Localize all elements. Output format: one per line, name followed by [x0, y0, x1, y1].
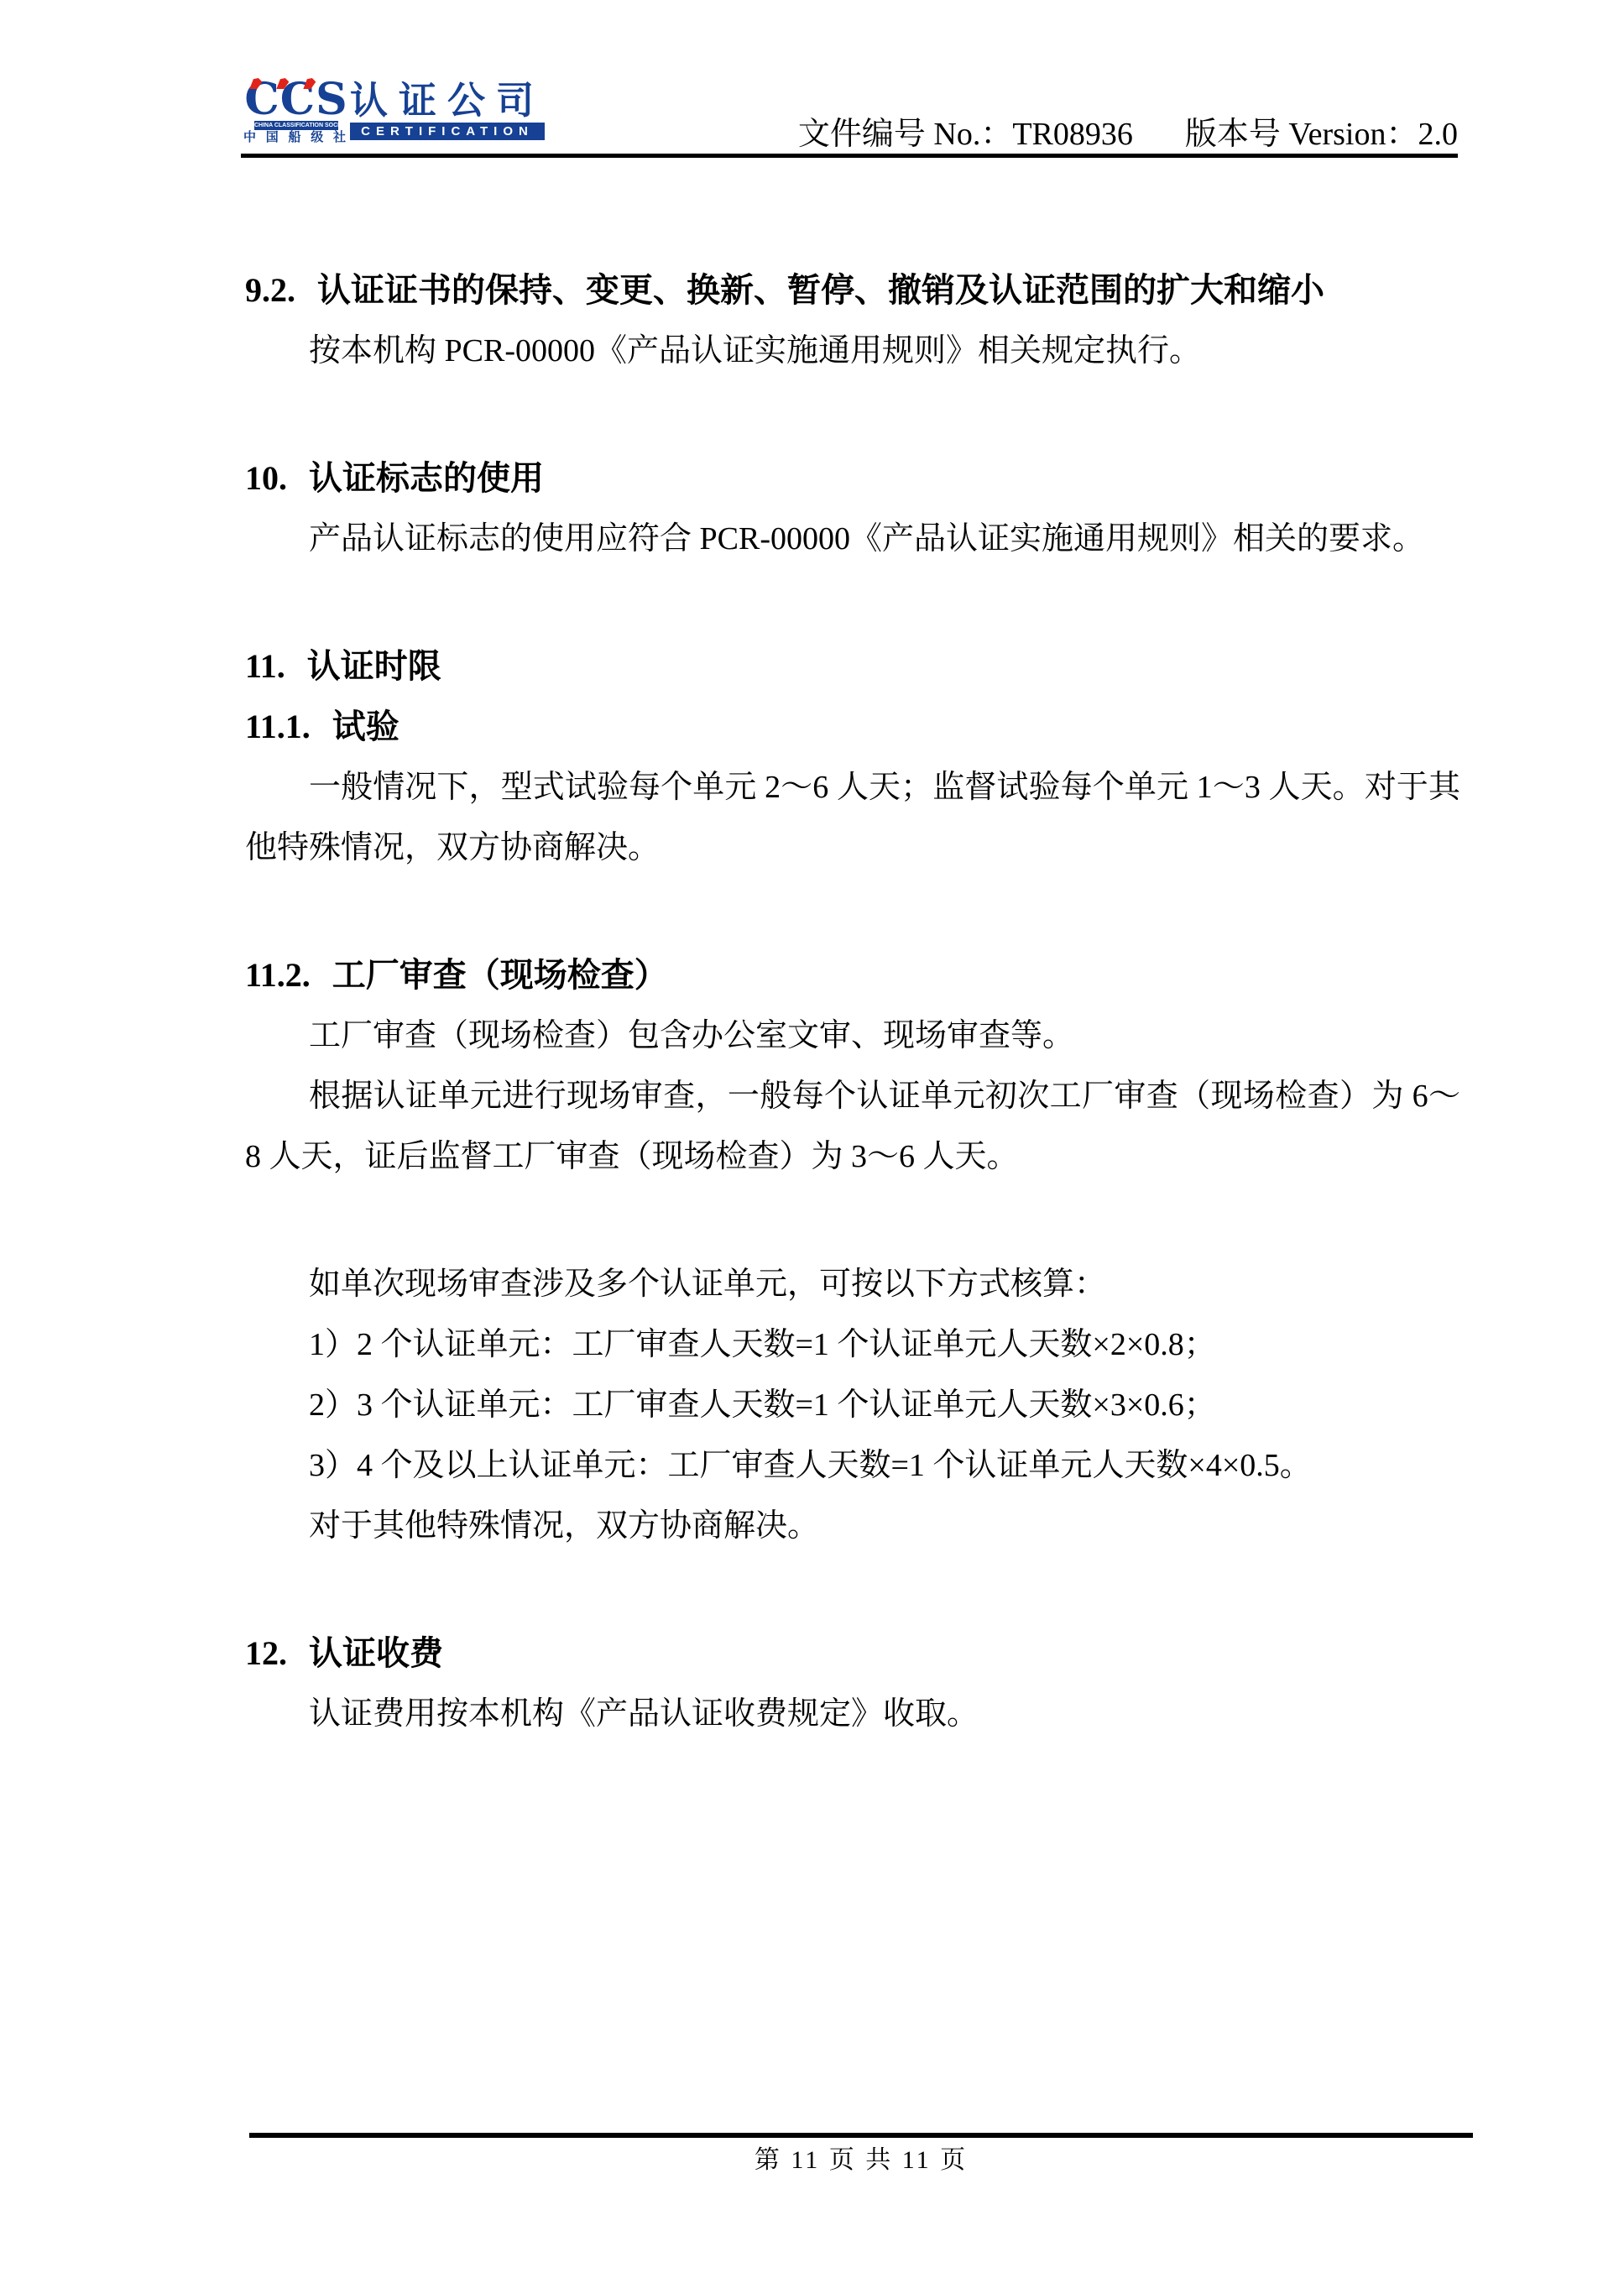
body-paragraph: 如单次现场审查涉及多个认证单元，可按以下方式核算： [245, 1254, 1460, 1314]
certification-company-chinese: 认证公司 [350, 81, 545, 121]
document-body: 9.2.认证证书的保持、变更、换新、暂停、撤销及认证范围的扩大和缩小按本机构 P… [245, 260, 1460, 1744]
section-heading: 11.2.工厂审查（现场检查） [245, 945, 1460, 1006]
body-paragraph: 对于其他特殊情况，双方协商解决。 [245, 1496, 1460, 1556]
body-paragraph: 产品认证标志的使用应符合 PCR-00000《产品认证实施通用规则》相关的要求。 [245, 509, 1460, 569]
ccs-logo-left: CCS CHINA CLASSIFICATION SOCIETY 中 国 船 级… [254, 81, 338, 144]
section-title: 试验 [332, 708, 399, 745]
section-title: 认证证书的保持、变更、换新、暂停、撤销及认证范围的扩大和缩小 [317, 271, 1324, 309]
document-page: CCS CHINA CLASSIFICATION SOCIETY 中 国 船 级… [0, 0, 1624, 2278]
footer-rule [249, 2133, 1473, 2138]
section-heading: 10.认证标志的使用 [245, 448, 1460, 509]
header-meta: 文件编号 No.：TR08936 版本号 Version：2.0 [798, 107, 1458, 154]
section-heading: 12.认证收费 [245, 1623, 1460, 1684]
body-paragraph: 按本机构 PCR-00000《产品认证实施通用规则》相关规定执行。 [245, 321, 1460, 381]
section-number: 11. [245, 647, 285, 685]
section-number: 12. [245, 1634, 287, 1672]
ccs-society-chinese: 中 国 船 级 社 [243, 131, 349, 144]
ccs-logo-right: 认证公司 CERTIFICATION [350, 81, 545, 140]
header-rule [241, 154, 1458, 158]
body-paragraph: 根据认证单元进行现场审查，一般每个认证单元初次工厂审查（现场检查）为 6～8 人… [245, 1066, 1460, 1187]
ccs-logo: CCS CHINA CLASSIFICATION SOCIETY 中 国 船 级… [254, 81, 545, 144]
section-title: 工厂审查（现场检查） [332, 956, 668, 994]
page-number: 第 11 页 共 11 页 [249, 2142, 1473, 2179]
version-number: 版本号 Version：2.0 [1185, 107, 1458, 154]
document-number: 文件编号 No.：TR08936 [798, 107, 1133, 154]
section-title: 认证收费 [309, 1634, 443, 1672]
section-number: 9.2. [245, 271, 295, 309]
section-number: 11.2. [245, 956, 311, 994]
body-paragraph: 认证费用按本机构《产品认证收费规定》收取。 [245, 1684, 1460, 1744]
body-paragraph: 3）4 个及以上认证单元：工厂审查人天数=1 个认证单元人天数×4×0.5。 [245, 1435, 1460, 1496]
section-heading: 11.1.试验 [245, 697, 1460, 757]
body-paragraph: 一般情况下，型式试验每个单元 2～6 人天；监督试验每个单元 1～3 人天。对于… [245, 757, 1460, 878]
body-paragraph: 工厂审查（现场检查）包含办公室文审、现场审查等。 [245, 1006, 1460, 1066]
section-heading: 9.2.认证证书的保持、变更、换新、暂停、撤销及认证范围的扩大和缩小 [245, 260, 1460, 321]
ccs-logo-text: CCS [244, 81, 347, 119]
section-title: 认证时限 [307, 647, 441, 685]
body-paragraph: 2）3 个认证单元：工厂审查人天数=1 个认证单元人天数×3×0.6； [245, 1375, 1460, 1435]
certification-banner: CERTIFICATION [350, 123, 545, 140]
section-heading: 11.认证时限 [245, 636, 1460, 697]
section-title: 认证标志的使用 [309, 459, 544, 497]
body-paragraph: 1）2 个认证单元：工厂审查人天数=1 个认证单元人天数×2×0.8； [245, 1314, 1460, 1375]
section-number: 11.1. [245, 708, 311, 745]
section-number: 10. [245, 459, 287, 497]
